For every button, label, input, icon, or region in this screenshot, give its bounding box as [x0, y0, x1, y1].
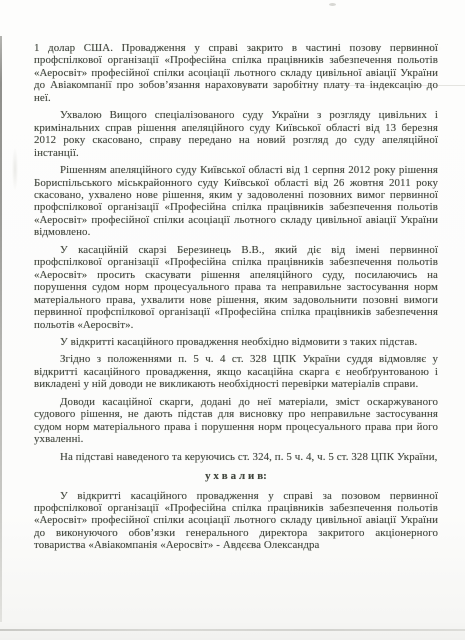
paragraph: На підставі наведеного та керуючись ст. …	[34, 451, 438, 463]
paragraph: У відкритті касаційного провадження необ…	[34, 336, 438, 348]
paragraph-continuation: 1 долар США. Провадження у справі закрит…	[34, 42, 438, 104]
paragraph: Рішенням апеляційного суду Київської обл…	[34, 164, 438, 239]
paragraph: Згідно з положеннями п. 5 ч. 4 ст. 328 Ц…	[34, 353, 438, 390]
scan-smudge-left	[12, 148, 18, 190]
scan-bottom-edge-line	[0, 629, 465, 631]
paragraph: Ухвалою Вищого спеціалізованого суду Укр…	[34, 109, 438, 159]
paragraph: Доводи касаційної скарги, додані до неї …	[34, 396, 438, 446]
scan-speck-top	[329, 3, 336, 6]
scan-left-edge-line	[0, 36, 2, 622]
ruling-heading: у х в а л и в:	[34, 470, 438, 482]
closing-paragraph: У відкритті касаційного провадження у сп…	[34, 490, 438, 552]
document-text-block: 1 долар США. Провадження у справі закрит…	[34, 42, 438, 557]
paragraph: У касаційній скарзі Березинець В.В., яки…	[34, 244, 438, 331]
scanned-document-page: 1 долар США. Провадження у справі закрит…	[0, 0, 465, 640]
